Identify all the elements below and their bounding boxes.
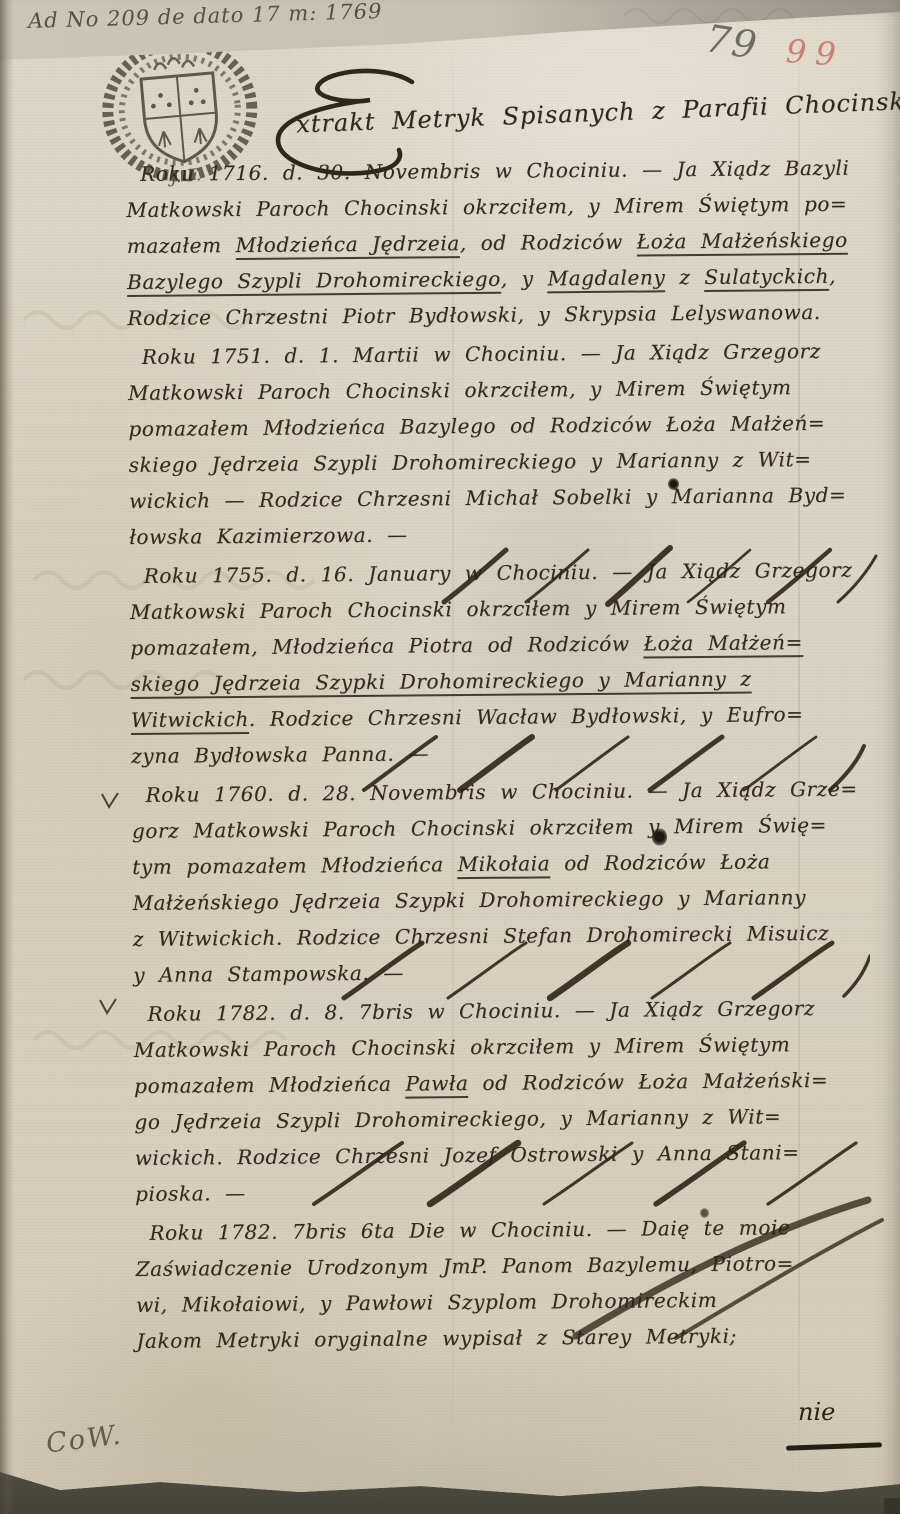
verso-annotation: Ad No 209 de dato 17 m: 1769 [28, 0, 383, 33]
text-segment: Matkowski Paroch Chocinski okrzciłem, y … [128, 375, 792, 405]
text-segment: z [665, 265, 704, 289]
ink-blot [668, 478, 679, 490]
underlined-name: Magdaleny [547, 265, 665, 293]
underlined-name: Łoża Małżeńskiego [637, 228, 848, 257]
text-segment: Małżeńskiego Jędrzeia Szypki Drohomireck… [132, 885, 806, 915]
manuscript-line: gorz Matkowski Paroch Chocinski okrzciłe… [132, 806, 892, 849]
underlined-name: Pawła [405, 1071, 468, 1099]
catchword: nie [798, 1398, 835, 1426]
manuscript-sheet: J. F. 79 99 xtrakt Metryk Spisanych z Pa… [0, 0, 900, 1514]
margin-tick-mark [100, 792, 120, 810]
corner-fragment [884, 1498, 900, 1514]
underlined-name: Młodzieńca Jędrzeia [235, 231, 459, 260]
text-segment: mazałem [127, 233, 236, 258]
underlined-name: Bazylego Szypli Drohomireckiego [127, 267, 501, 297]
text-segment: Roku 1716. d. 30. Novembris w Chociniu. … [140, 156, 849, 186]
bleedthrough-writing [20, 300, 320, 330]
underlined-name: Łoża Małżeń= [643, 630, 803, 658]
text-segment: pomazałem Młodzieńca Bazylego od Rodzicó… [128, 411, 825, 441]
pen-flourish [430, 544, 880, 610]
page-number-pencil: 79 [703, 16, 762, 68]
text-segment: łowska Kazimierzowa. — [129, 523, 408, 549]
bottom-monogram: CoW. [44, 1419, 124, 1459]
text-segment: od Rodziców Łoża [550, 849, 770, 875]
text-segment: go Jędrzeia Szypli Drohomireckiego, y Ma… [134, 1104, 781, 1134]
text-segment: pomazałem Młodzieńca [134, 1072, 406, 1098]
ink-blot [652, 828, 667, 846]
manuscript-photo: Ad No 209 de dato 17 m: 1769 J. F. 79 99 [0, 0, 900, 1514]
text-segment: od Rodziców Łoża Małżeński= [468, 1068, 828, 1095]
text-segment: , y [501, 266, 548, 290]
underlined-name: Witwickich [131, 707, 249, 735]
text-segment: skiego Jędrzeia Szypli Drohomireckiego y… [129, 447, 812, 477]
text-segment: Matkowski Paroch Chocinski okrzciłem, y … [126, 192, 847, 222]
bleedthrough-writing [30, 1020, 330, 1050]
record-entry-1751: Roku 1751. d. 1. Martii w Chociniu. — Ja… [128, 332, 890, 555]
pen-flourish [560, 1192, 890, 1342]
text-segment: tym pomazałem Młodzieńca [132, 852, 458, 879]
ink-blot [700, 1208, 709, 1218]
manuscript-line: wickich — Rodzice Chrzesni Michał Sobelk… [129, 476, 889, 519]
text-segment: , od Rodziców [460, 230, 637, 256]
underlined-name: Sulatyckich [704, 264, 829, 292]
bleedthrough-writing [20, 660, 280, 690]
text-segment: , [829, 264, 836, 288]
text-segment: pioska. — [135, 1181, 246, 1206]
bleedthrough-writing [30, 560, 350, 590]
text-segment: Roku 1751. d. 1. Martii w Chociniu. — Ja… [142, 339, 821, 369]
text-segment: gorz Matkowski Paroch Chocinski okrzciłe… [132, 813, 827, 843]
text-segment: . Rodzice Chrzesni Wacław Bydłowski, y E… [249, 702, 804, 731]
pen-flourish [330, 938, 870, 1006]
underlined-name: Mikołaia [458, 851, 551, 879]
margin-tick-mark [98, 998, 118, 1016]
text-segment: wickich — Rodzice Chrzesni Michał Sobelk… [129, 483, 847, 513]
text-segment: pomazałem, Młodzieńca Piotra od Rodziców [130, 632, 643, 660]
page-number-red-crayon: 99 [785, 32, 846, 74]
pen-flourish [350, 732, 870, 798]
catchword-underline [786, 1442, 882, 1450]
